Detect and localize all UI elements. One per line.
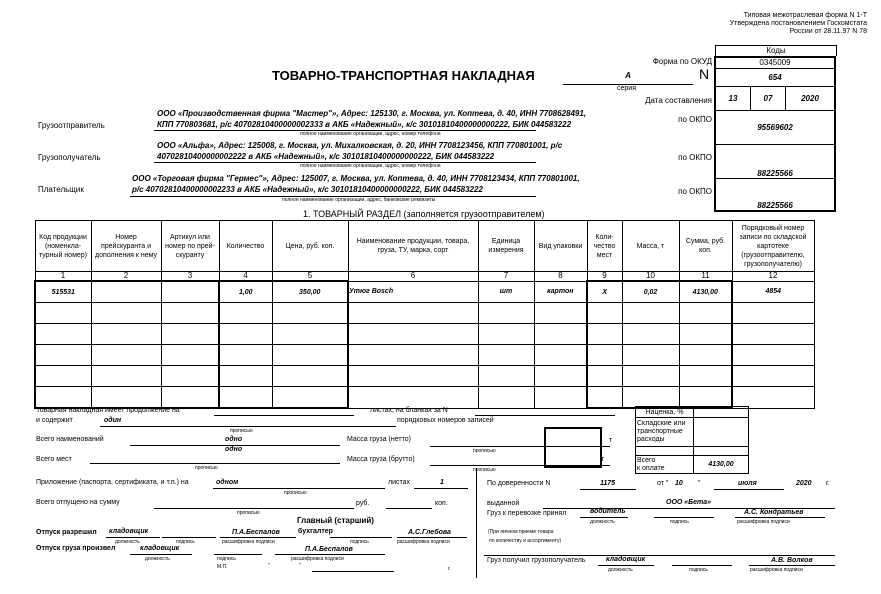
- goods-cell: 0,02: [622, 281, 679, 303]
- form-note-2: Утверждена постановлением Госкомстата: [730, 20, 867, 28]
- goods-cell: [272, 366, 348, 387]
- goods-cell: шт: [478, 281, 534, 303]
- goods-table: Код продукции (номенкла-турный номер)Ном…: [34, 220, 815, 409]
- consignee-label: Грузополучатель: [38, 153, 101, 162]
- attachment-caption: прописью: [284, 490, 307, 496]
- goods-cell: [587, 303, 622, 324]
- issued-label: выданной: [487, 500, 519, 507]
- allowed-position-line: [106, 537, 160, 538]
- goods-cell: [478, 387, 534, 409]
- mass-box: [544, 427, 602, 468]
- date-label: Дата составления: [645, 96, 712, 105]
- goods-cell: [679, 366, 732, 387]
- goods-cell: [161, 324, 219, 345]
- goods-cell: [587, 345, 622, 366]
- goods-cell: [478, 345, 534, 366]
- goods-cell: [348, 366, 478, 387]
- carrier-name-caption: расшифровка подписи: [737, 519, 790, 525]
- rub-label: руб.: [356, 500, 369, 507]
- chief-accountant-name: А.С.Глебова: [408, 529, 451, 536]
- sheets-label: листах, на бланках за N: [370, 407, 448, 414]
- shipper-line-2: КПП 770803681, р/с 40702810400000002333 …: [157, 120, 571, 129]
- goods-cell: [348, 303, 478, 324]
- allowed-position-caption: должность: [115, 539, 140, 545]
- places-caption: прописью: [195, 465, 218, 471]
- goods-column-header: Вид упаковки: [534, 221, 587, 272]
- attachment-line: [213, 488, 385, 489]
- goods-column-number: 6: [348, 272, 478, 282]
- goods-cell: [35, 387, 91, 409]
- goods-cell: 350,00: [272, 281, 348, 303]
- places-value: одно: [225, 446, 242, 453]
- allowed-position: кладовщик: [109, 528, 148, 535]
- allowed-label: Отпуск разрешил: [36, 529, 97, 536]
- goods-cell: [348, 345, 478, 366]
- gross-mass-label: Масса груза (брутто): [347, 456, 415, 463]
- carrier-position-line: [580, 517, 628, 518]
- goods-cell: [161, 281, 219, 303]
- contains-line: [100, 426, 396, 427]
- goods-cell: [679, 324, 732, 345]
- markup-label: Наценка, %: [636, 407, 694, 418]
- consignee-line-1: ООО «Альфа», Адрес: 125008, г. Москва, у…: [157, 141, 562, 150]
- produced-label: Отпуск груза произвел: [36, 545, 115, 552]
- produced-signature-line: [214, 554, 262, 555]
- received-label: Груз получил грузополучатель: [487, 557, 585, 564]
- shipper-line-1: ООО «Производственная фирма "Мастер"», А…: [157, 109, 586, 118]
- received-position-caption: должность: [608, 567, 633, 573]
- allowed-name: П.А.Беспалов: [232, 529, 280, 536]
- goods-cell: [35, 366, 91, 387]
- totals-blank-value: [694, 447, 749, 456]
- carrier-position-caption: должность: [590, 519, 615, 525]
- goods-column-number: 12: [732, 272, 814, 282]
- continuation-label: Товарная накладная имеет продолжение на: [36, 407, 180, 414]
- total-value: 4130,00: [694, 456, 749, 474]
- released-sum-caption: прописью: [237, 510, 260, 516]
- produced-name-caption: расшифровка подписи: [291, 556, 344, 562]
- chief-signature-line: [330, 537, 392, 538]
- goods-column-number: 2: [91, 272, 161, 282]
- footer-divider: [476, 468, 477, 578]
- codes-table: 0345009 654 13 07 2020 95569602 88225566…: [714, 56, 836, 212]
- goods-cell: [348, 324, 478, 345]
- goods-cell: [91, 345, 161, 366]
- attachment-sheets-line: [414, 488, 468, 489]
- places-line: [90, 463, 340, 464]
- received-signature-caption: подпись: [689, 567, 708, 573]
- goods-cell: [219, 303, 272, 324]
- table-row: [35, 303, 814, 324]
- goods-column-number: 9: [587, 272, 622, 282]
- date-month: 07: [751, 86, 786, 110]
- chief-accountant-label-2: бухгалтер: [298, 528, 333, 535]
- attachment-value: одном: [216, 479, 238, 486]
- goods-cell: [91, 281, 161, 303]
- continuation-line: [214, 415, 354, 416]
- series-value: А: [563, 71, 693, 80]
- stamp-label: М.П.: [217, 564, 228, 570]
- received-name-caption: расшифровка подписи: [750, 567, 803, 573]
- attachment-sheets-label: листах: [388, 479, 410, 486]
- release-date-line: [312, 571, 394, 572]
- proxy-year-suffix: г.: [826, 480, 830, 487]
- allowed-signature-line: [162, 537, 216, 538]
- produced-name-line: [275, 554, 385, 555]
- goods-cell: [478, 366, 534, 387]
- payer-line-2: р/с 40702810400000002233 в АКБ «Надежный…: [132, 185, 483, 194]
- goods-column-header: Масса, т: [622, 221, 679, 272]
- date-quote-close: ": [299, 563, 301, 569]
- goods-column-header: Артикул или номер по прей-скуранту: [161, 221, 219, 272]
- table-row: [35, 345, 814, 366]
- goods-cell: [219, 324, 272, 345]
- released-sum-label: Всего отпущено на сумму: [36, 499, 120, 506]
- expenses-value: [694, 418, 749, 447]
- goods-cell: картон: [534, 281, 587, 303]
- payer-line-1: ООО «Торговая фирма "Гермес"», Адрес: 12…: [132, 174, 580, 183]
- goods-cell: 4130,00: [679, 281, 732, 303]
- produced-position: кладовщик: [140, 545, 179, 552]
- goods-cell: [679, 387, 732, 409]
- consignee-caption: полное наименование организации, адрес, …: [300, 163, 441, 169]
- goods-cell: [91, 366, 161, 387]
- goods-cell: [587, 366, 622, 387]
- form-notes: Типовая межотраслевая форма N 1-Т Утверж…: [730, 12, 867, 36]
- consignee-okpo: 88225566: [715, 144, 835, 178]
- goods-cell: [219, 345, 272, 366]
- table-row: [35, 387, 814, 409]
- goods-cell: [679, 303, 732, 324]
- chief-name-line: [397, 537, 467, 538]
- series-caption: серия: [617, 85, 636, 92]
- received-top-line: [484, 555, 835, 556]
- goods-cell: [91, 324, 161, 345]
- goods-cell: 4854: [732, 281, 814, 303]
- produced-position-line: [130, 554, 192, 555]
- goods-column-header: Количество: [219, 221, 272, 272]
- issued-value: ООО «Бета»: [666, 499, 711, 506]
- goods-cell: [161, 366, 219, 387]
- goods-cell: [732, 303, 814, 324]
- goods-column-number: 7: [478, 272, 534, 282]
- consignee-okpo-label: по ОКПО: [678, 153, 712, 162]
- proxy-year: 2020: [796, 480, 812, 487]
- chief-accountant-label-1: Главный (старший): [297, 516, 374, 525]
- received-position-line: [598, 565, 654, 566]
- goods-cell: [534, 303, 587, 324]
- goods-cell: [732, 324, 814, 345]
- proxy-day: 10: [675, 480, 683, 487]
- goods-column-header: Сумма, руб. коп.: [679, 221, 732, 272]
- personal-note-1: (При личном приеме товара: [488, 529, 554, 535]
- kop-line: [386, 508, 432, 509]
- goods-cell: [91, 303, 161, 324]
- goods-column-number: 3: [161, 272, 219, 282]
- allowed-name-line: [220, 537, 296, 538]
- goods-cell: [732, 387, 814, 409]
- chief-signature-caption: подпись: [350, 539, 369, 545]
- release-year-suffix: г.: [448, 566, 451, 572]
- goods-cell: [91, 387, 161, 409]
- goods-cell: [219, 387, 272, 409]
- date-quote-open: ": [268, 563, 270, 569]
- goods-cell: 1,00: [219, 281, 272, 303]
- consignee-line-2: 40702810400000002222 в АКБ «Надежный», к…: [157, 152, 494, 161]
- date-year: 2020: [786, 86, 836, 110]
- carrier-signature-line: [654, 517, 714, 518]
- goods-column-header: Порядковый номер записи по складской кар…: [732, 221, 814, 272]
- shipper-caption: полное наименование организации, адрес, …: [300, 131, 441, 137]
- goods-column-header: Коли-чество мест: [587, 221, 622, 272]
- gross-ton: т: [601, 456, 604, 463]
- payer-okpo-label: по ОКПО: [678, 187, 712, 196]
- records-label: порядковых номеров записей: [397, 417, 494, 424]
- shipper-okpo: 95569602: [715, 110, 835, 144]
- total-label: Всегок оплате: [636, 456, 694, 474]
- goods-cell: [272, 324, 348, 345]
- total-label-2: к оплате: [637, 465, 665, 472]
- net-mass-label: Масса груза (нетто): [347, 436, 411, 443]
- goods-column-header: Номер прейскуранта и дополнения к нему: [91, 221, 161, 272]
- goods-column-number: 1: [35, 272, 91, 282]
- carrier-label: Груз к перевозке принял: [487, 510, 566, 517]
- totals-table: Наценка, % Складские или транспортные ра…: [635, 406, 749, 474]
- proxy-month: июля: [738, 480, 757, 487]
- goods-column-number: 8: [534, 272, 587, 282]
- goods-cell: Утюг Bosch: [348, 281, 478, 303]
- produced-position-caption: должность: [145, 556, 170, 562]
- document-number: 654: [715, 68, 835, 86]
- form-note-3: России от 28.11.97 N 78: [730, 28, 867, 36]
- goods-cell: [478, 303, 534, 324]
- payer-label: Плательщик: [38, 185, 84, 194]
- received-name: А.В. Волков: [771, 557, 813, 564]
- goods-cell: [622, 303, 679, 324]
- goods-cell: [348, 387, 478, 409]
- chief-name-caption: расшифровка подписи: [397, 539, 450, 545]
- goods-cell: [534, 387, 587, 409]
- goods-cell: [219, 366, 272, 387]
- kop-label: коп.: [435, 500, 448, 507]
- goods-column-number: 11: [679, 272, 732, 282]
- sheets-line: [475, 415, 615, 416]
- proxy-month-line: [714, 489, 784, 490]
- carrier-position: водитель: [590, 508, 626, 515]
- shipper-okpo-label: по ОКПО: [678, 115, 712, 124]
- carrier-signature-caption: подпись: [670, 519, 689, 525]
- goods-cell: [534, 324, 587, 345]
- okud-code: 0345009: [715, 57, 835, 68]
- goods-column-header: Единица измерения: [478, 221, 534, 272]
- goods-cell: [622, 387, 679, 409]
- allowed-name-caption: расшифровка подписи: [222, 539, 275, 545]
- produced-signature-caption: подпись: [217, 556, 236, 562]
- received-signature-line: [672, 565, 732, 566]
- shipper-label: Грузоотправитель: [38, 121, 105, 130]
- goods-cell: [732, 345, 814, 366]
- form-note-1: Типовая межотраслевая форма N 1-Т: [730, 12, 867, 20]
- goods-cell: [35, 345, 91, 366]
- goods-column-number: 10: [622, 272, 679, 282]
- produced-name: П.А.Беспалов: [305, 546, 353, 553]
- goods-column-header: Цена, руб. коп.: [272, 221, 348, 272]
- goods-cell: Х: [587, 281, 622, 303]
- net-ton: т: [609, 437, 612, 444]
- page-title: ТОВАРНО-ТРАНСПОРТНАЯ НАКЛАДНАЯ: [272, 68, 535, 83]
- received-name-line: [749, 565, 835, 566]
- goods-cell: [161, 345, 219, 366]
- goods-cell: [272, 303, 348, 324]
- proxy-day-quote: ": [698, 480, 701, 487]
- personal-note-2: по количеству и ассортименту): [489, 538, 561, 544]
- goods-cell: [622, 366, 679, 387]
- contains-value: один: [104, 417, 121, 424]
- goods-cell: [35, 303, 91, 324]
- goods-cell: [679, 345, 732, 366]
- goods-cell: [272, 345, 348, 366]
- expenses-label: Складские или транспортные расходы: [636, 418, 694, 447]
- date-day: 13: [715, 86, 751, 110]
- goods-column-number: 4: [219, 272, 272, 282]
- goods-cell: [534, 366, 587, 387]
- goods-cell: [534, 345, 587, 366]
- goods-cell: [272, 387, 348, 409]
- goods-cell: [587, 324, 622, 345]
- received-position: кладовщик: [606, 556, 645, 563]
- goods-cell: [732, 366, 814, 387]
- totals-blank: [636, 447, 694, 456]
- proxy-number-line: [580, 489, 636, 490]
- items-value: одно: [225, 436, 242, 443]
- goods-cell: [478, 324, 534, 345]
- carrier-name-line: [735, 517, 825, 518]
- payer-okpo: 88225566: [715, 178, 835, 211]
- table-row: [35, 366, 814, 387]
- table-row: 5155311,00350,00Утюг BoschшткартонХ0,024…: [35, 281, 814, 303]
- goods-section-title: 1. ТОВАРНЫЙ РАЗДЕЛ (заполняется грузоотп…: [303, 209, 545, 219]
- number-symbol: N: [699, 66, 709, 82]
- goods-cell: 515531: [35, 281, 91, 303]
- okud-label: Форма по ОКУД: [653, 57, 712, 66]
- goods-column-header: Код продукции (номенкла-турный номер): [35, 221, 91, 272]
- released-sum-line: [154, 508, 354, 509]
- goods-cell: [622, 324, 679, 345]
- goods-column-number: 5: [272, 272, 348, 282]
- markup-value: [694, 407, 749, 418]
- places-label: Всего мест: [36, 456, 72, 463]
- codes-header: Коды: [715, 45, 837, 56]
- attachment-label: Приложение (паспорта, сертификата, и т.п…: [36, 479, 189, 486]
- goods-cell: [35, 324, 91, 345]
- proxy-number: 1175: [600, 480, 615, 487]
- contains-label: и содержит: [36, 417, 73, 424]
- proxy-label: По доверенности N: [487, 480, 550, 487]
- payer-caption: полное наименование организации, адрес, …: [282, 197, 435, 203]
- net-mass-caption: прописью: [473, 448, 496, 454]
- goods-cell: [587, 387, 622, 409]
- contains-caption: прописью: [230, 428, 253, 434]
- attachment-sheets-value: 1: [440, 479, 444, 486]
- goods-column-header: Наименование продукции, товара, груза, Т…: [348, 221, 478, 272]
- items-label: Всего наименований: [36, 436, 104, 443]
- carrier-name: А.С. Кондратьев: [744, 509, 803, 516]
- goods-cell: [161, 387, 219, 409]
- proxy-from: от ": [657, 480, 668, 487]
- total-label-1: Всего: [637, 457, 655, 464]
- goods-cell: [622, 345, 679, 366]
- goods-cell: [161, 303, 219, 324]
- table-row: [35, 324, 814, 345]
